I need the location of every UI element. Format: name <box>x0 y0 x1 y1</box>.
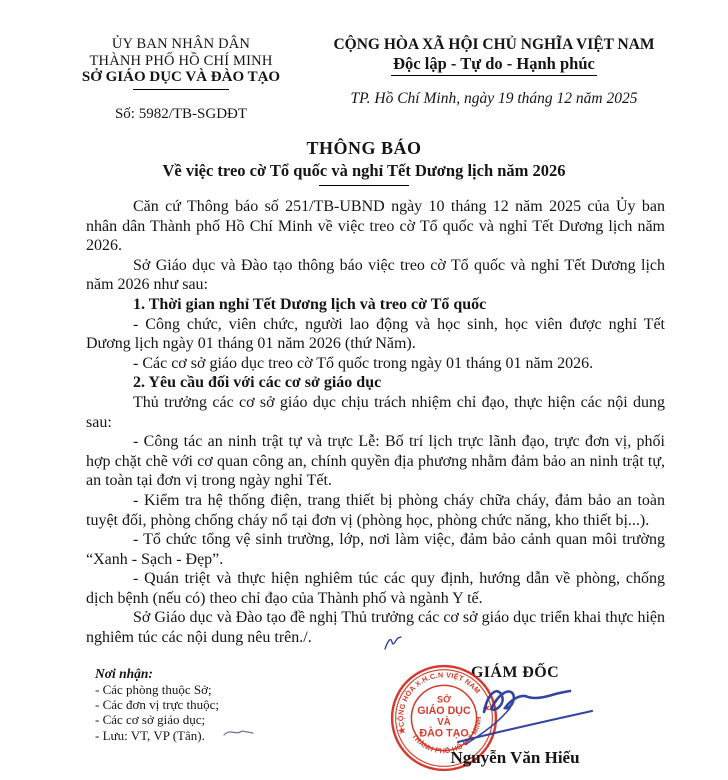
seal-center-line: SỞ <box>437 694 451 705</box>
national-header-block: CỘNG HÒA XÃ HỘI CHỦ NGHĨA VIỆT NAM Độc l… <box>316 36 672 108</box>
issuing-authority-block: ỦY BAN NHÂN DÂN THÀNH PHỐ HỒ CHÍ MINH SỞ… <box>58 36 304 123</box>
body-paragraph: Căn cứ Thông báo số 251/TB-UBND ngày 10 … <box>86 197 665 256</box>
title-block: THÔNG BÁO Về việc treo cờ Tổ quốc và ngh… <box>0 138 728 186</box>
national-motto-line1: CỘNG HÒA XÃ HỘI CHỦ NGHĨA VIỆT NAM <box>316 36 672 54</box>
body-paragraph: - Tổ chức tổng vệ sinh trường, lớp, nơi … <box>86 530 665 569</box>
signature-icon <box>452 678 602 750</box>
org-parent-line1: ỦY BAN NHÂN DÂN <box>58 36 304 53</box>
body-paragraph: - Các cơ sở giáo dục treo cờ Tổ quốc tro… <box>86 354 665 374</box>
org-name: SỞ GIÁO DỤC VÀ ĐÀO TẠO <box>58 69 304 86</box>
body-paragraph: - Kiểm tra hệ thống điện, trang thiết bị… <box>86 491 665 530</box>
title-underline <box>319 185 409 186</box>
signer-name: Nguyễn Văn Hiếu <box>408 748 622 768</box>
body-paragraph: - Công chức, viên chức, người lao động v… <box>86 315 665 354</box>
recipients-label: Nơi nhận: <box>95 666 219 682</box>
document-body: Căn cứ Thông báo số 251/TB-UBND ngày 10 … <box>86 197 665 648</box>
body-paragraph: - Công tác an ninh trật tự và trực Lễ: B… <box>86 432 665 491</box>
document-type-title: THÔNG BÁO <box>0 138 728 159</box>
official-document-page: ỦY BAN NHÂN DÂN THÀNH PHỐ HỒ CHÍ MINH SỞ… <box>0 0 728 780</box>
body-paragraph: - Quán triệt và thực hiện nghiêm túc các… <box>86 569 665 608</box>
national-motto-line2: Độc lập - Tự do - Hạnh phúc <box>316 54 672 73</box>
body-paragraph: Sở Giáo dục và Đào tạo thông báo việc tr… <box>86 256 665 295</box>
document-subject: Về việc treo cờ Tổ quốc và nghỉ Tết Dươn… <box>0 161 728 181</box>
recipient-item: - Các đơn vị trực thuộc; <box>95 697 219 712</box>
place-date-line: TP. Hồ Chí Minh, ngày 19 tháng 12 năm 20… <box>316 90 672 108</box>
recipient-item: - Lưu: VT, VP (Tân). <box>95 728 219 743</box>
motto-underline <box>391 75 597 76</box>
section-heading-2: 2. Yêu cầu đối với các cơ sở giáo dục <box>86 373 665 393</box>
seal-star-left-icon: ★ <box>397 724 408 736</box>
section-heading-1: 1. Thời gian nghỉ Tết Dương lịch và treo… <box>86 295 665 315</box>
pen-mark-icon <box>222 724 256 740</box>
recipients-block: Nơi nhận: - Các phòng thuộc Sở; - Các đơ… <box>95 666 219 743</box>
handwritten-initial-icon <box>382 634 404 652</box>
closing-paragraph: Sở Giáo dục và Đào tạo đề nghị Thủ trưởn… <box>86 608 665 647</box>
org-parent-line2: THÀNH PHỐ HỒ CHÍ MINH <box>58 53 304 70</box>
recipient-item: - Các phòng thuộc Sở; <box>95 682 219 697</box>
document-number: Số: 5982/TB-SGDĐT <box>58 106 304 123</box>
body-paragraph: Thủ trưởng các cơ sở giáo dục chịu trách… <box>86 393 665 432</box>
recipient-item: - Các cơ sở giáo dục; <box>95 712 219 727</box>
org-underline <box>133 89 229 90</box>
